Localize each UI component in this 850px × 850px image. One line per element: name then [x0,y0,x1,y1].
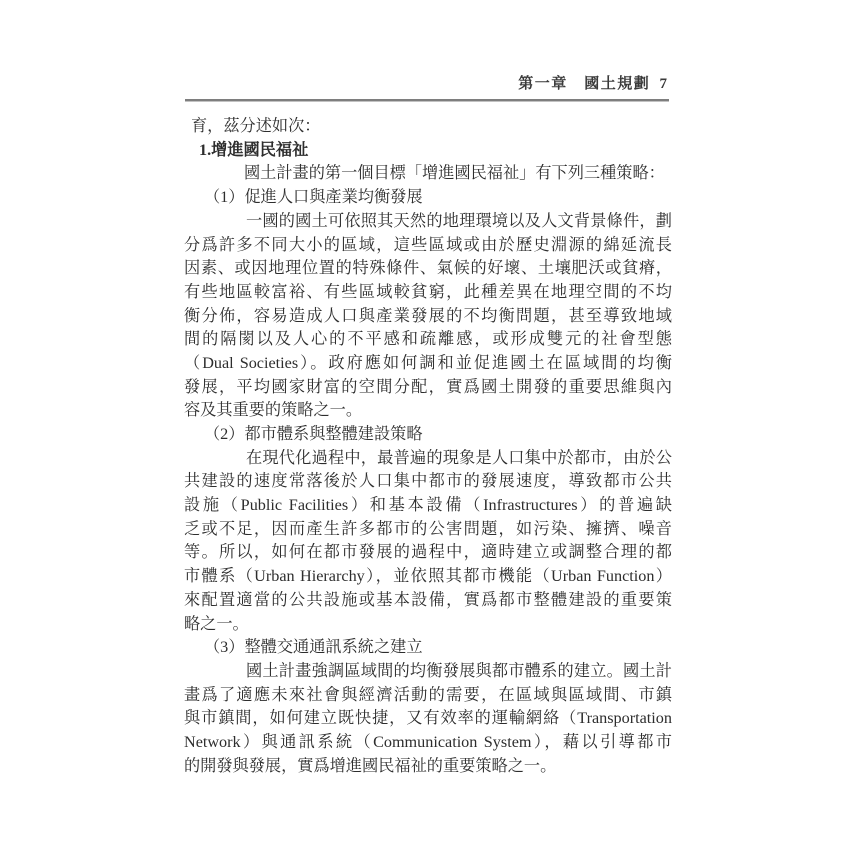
text-line: （1）促進人口與產業均衡發展 [184,186,672,210]
page-number: 7 [660,76,668,92]
page-body: 育，茲分述如次：1.增進國民福祉國土計畫的第一個目標「增進國民福祉」有下列三種策… [184,115,672,778]
text-line: 一國的國土可依照其天然的地理環境以及人文背景條件，劃 [184,210,672,234]
text-line: 發展，平均國家財富的空間分配，實爲國土開發的重要思維與內 [184,376,672,400]
text-line: 因素、或因地理位置的特殊條件、氣候的好壞、土壤肥沃或貧瘠， [184,257,672,281]
text-line: （Dual Societies）。政府應如何調和並促進國土在區域間的均衡 [184,352,672,376]
text-line: 分爲許多不同大小的區域，這些區域或由於歷史淵源的綿延流長 [184,234,672,258]
text-line: 間的隔閡以及人心的不平感和疏離感，或形成雙元的社會型態 [184,328,672,352]
document-page: 第一章 國土規劃 7 育，茲分述如次：1.增進國民福祉國土計畫的第一個目標「增進… [0,0,850,850]
text-line: 國土計畫強調區域間的均衡發展與都市體系的建立。國土計 [184,660,672,684]
text-line: 等。所以，如何在都市發展的過程中，適時建立或調整合理的都 [184,541,672,565]
text-line: 育，茲分述如次： [184,115,672,139]
text-line: 來配置適當的公共設施或基本設備，實爲都市整體建設的重要策 [184,589,672,613]
text-line: 市體系（Urban Hierarchy），並依照其都市機能（Urban Func… [184,565,672,589]
text-line: （2）都市體系與整體建設策略 [184,423,672,447]
text-line: 乏或不足，因而產生許多都市的公害問題，如污染、擁擠、噪音 [184,518,672,542]
text-line: 設施（Public Facilities）和基本設備（Infrastructur… [184,494,672,518]
running-head-text: 第一章 國土規劃 [518,76,650,92]
text-line: 衡分佈，容易造成人口與產業發展的不均衡問題，甚至導致地域 [184,305,672,329]
text-line: 有些地區較富裕、有些區域較貧窮，此種差異在地理空間的不均 [184,281,672,305]
text-line: 略之一。 [184,613,672,637]
text-line: 共建設的速度常落後於人口集中都市的發展速度，導致都市公共 [184,470,672,494]
text-line: （3）整體交通通訊系統之建立 [184,636,672,660]
text-line: 國土計畫的第一個目標「增進國民福祉」有下列三種策略： [184,162,672,186]
running-header: 第一章 國土規劃 7 [185,72,667,93]
header-rule [185,99,669,102]
text-line: 容及其重要的策略之一。 [184,399,672,423]
text-line: 畫爲了適應未來社會與經濟活動的需要，在區域與區域間、市鎮 [184,684,672,708]
text-line: 與市鎮間，如何建立既快捷，又有效率的運輸網絡（Transportation [184,707,672,731]
text-line: 的開發與發展，實爲增進國民福祉的重要策略之一。 [184,755,672,779]
text-line: 1.增進國民福祉 [184,139,672,163]
text-line: Network）與通訊系統（Communication System），藉以引導… [184,731,672,755]
text-line: 在現代化過程中，最普遍的現象是人口集中於都市，由於公 [184,447,672,471]
